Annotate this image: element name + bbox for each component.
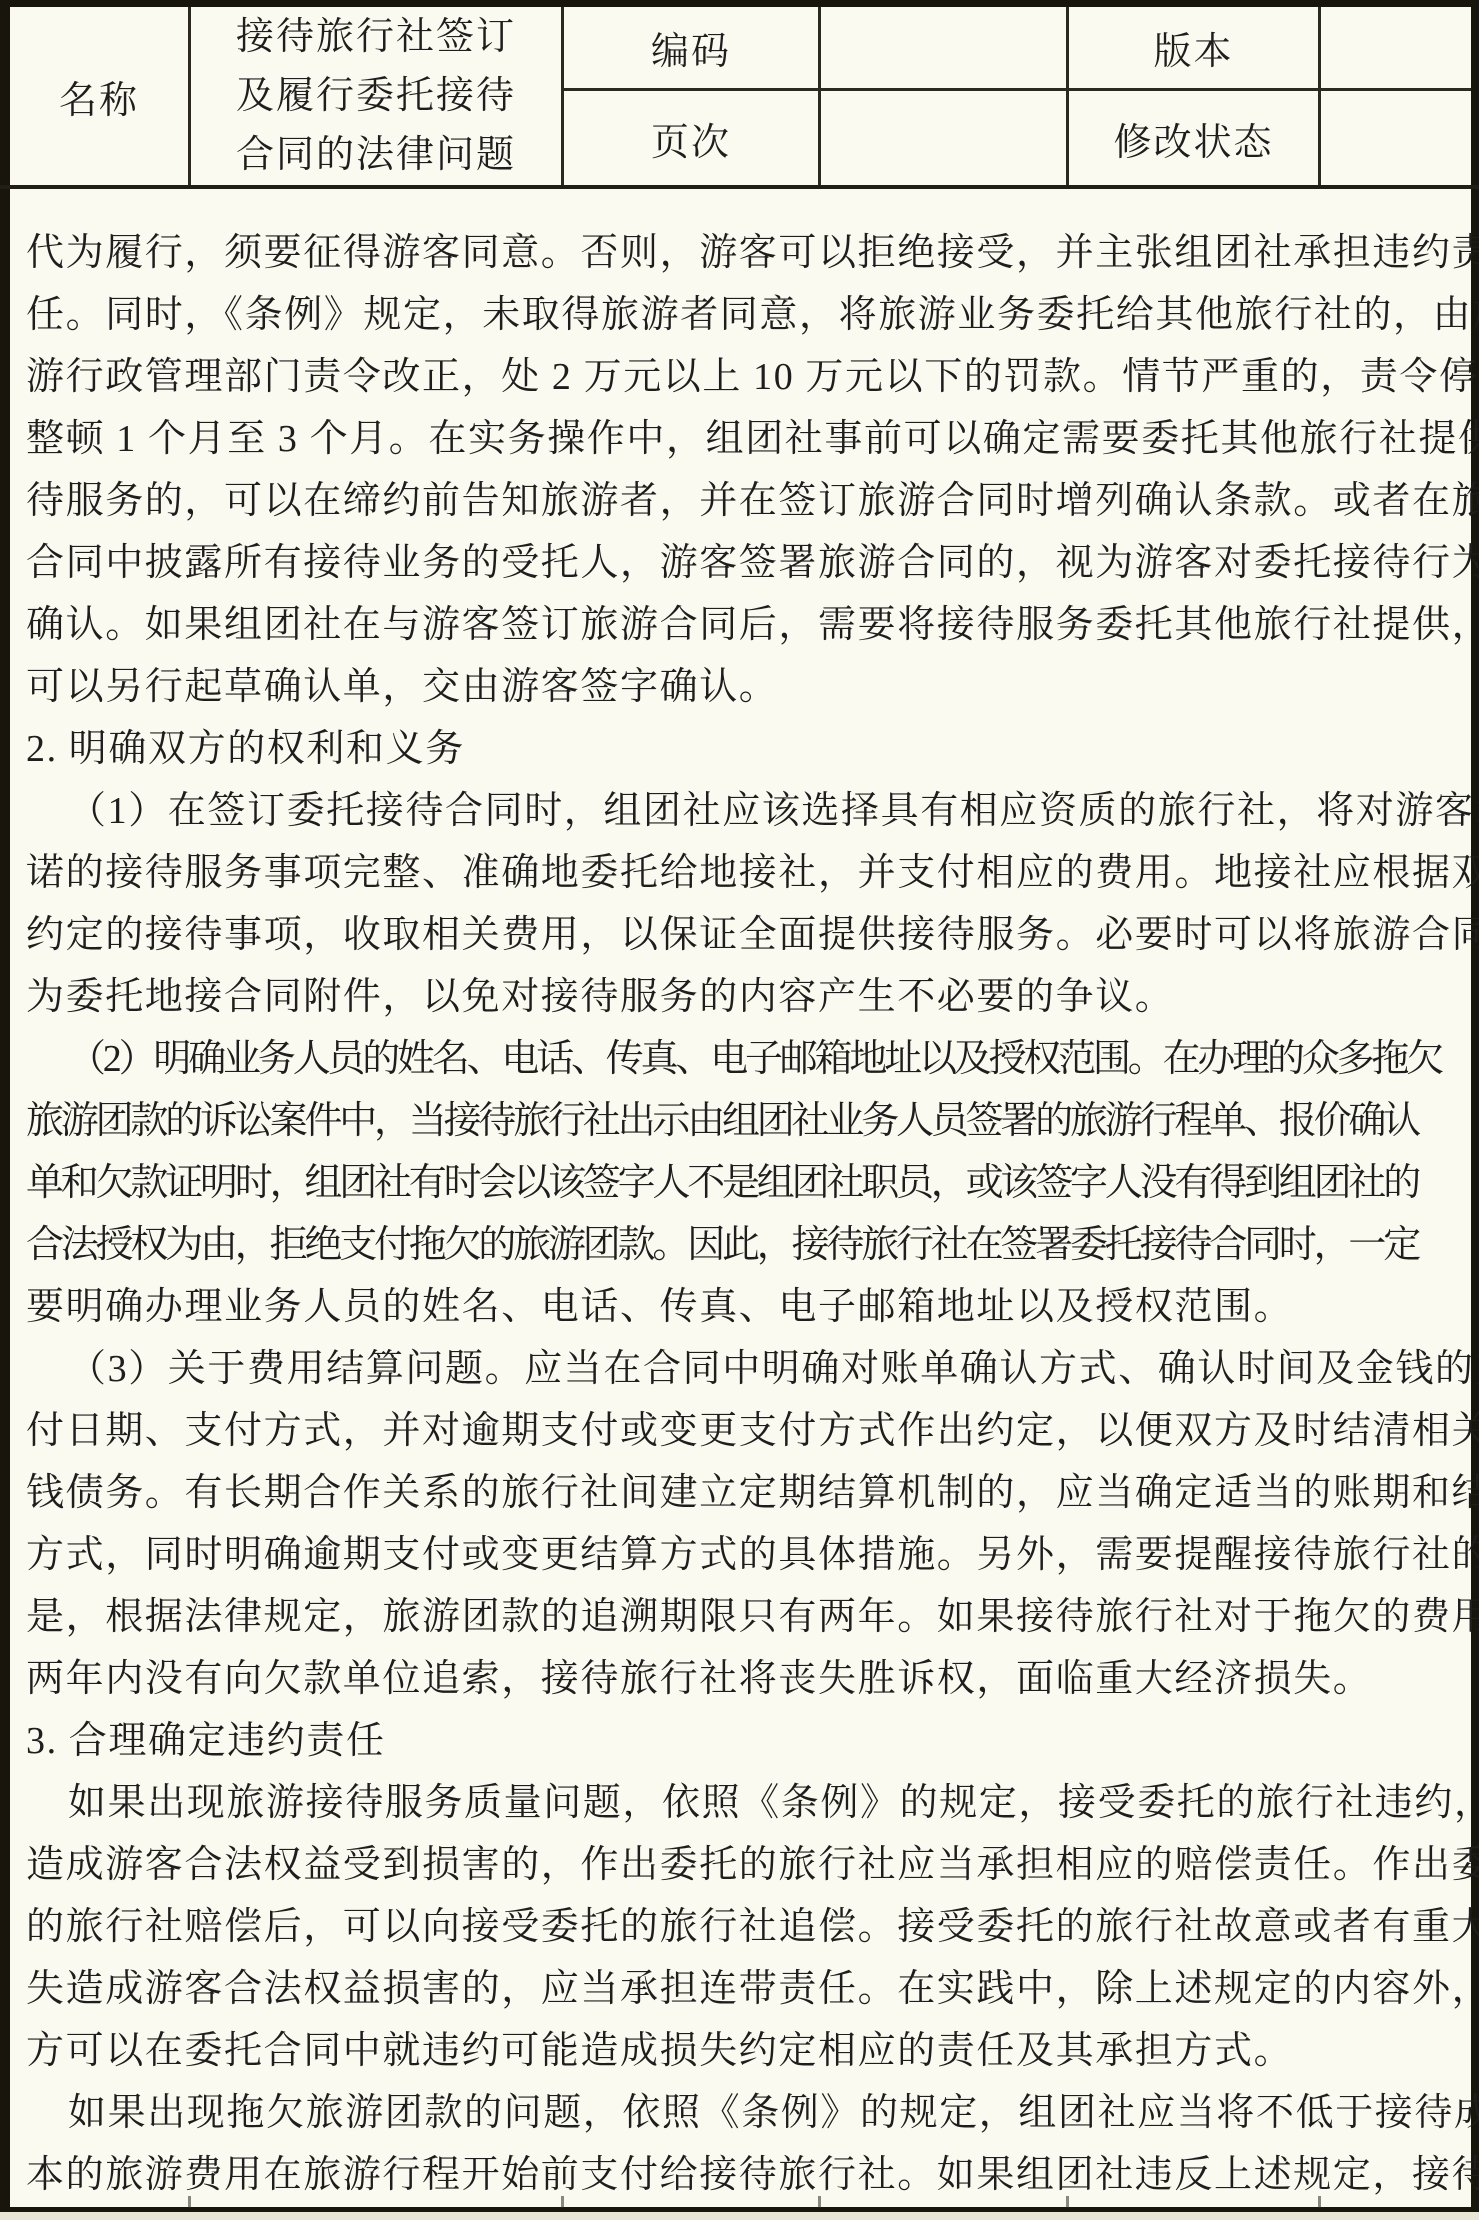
body-text-line: 付日期、支付方式，并对逾期支付或变更支付方式作出约定，以便双方及时结清相关金 <box>10 1400 1471 1462</box>
header-name-cell: 名称 <box>10 7 188 185</box>
version-label-cell: 版本 <box>1069 7 1318 88</box>
body-text-line: 任。同时，《条例》规定，未取得旅游者同意，将旅游业务委托给其他旅行社的，由旅 <box>10 284 1471 346</box>
page-bottom-edge <box>0 2212 1479 2220</box>
body-text-line: 要明确办理业务人员的姓名、电话、传真、电子邮箱地址以及授权范围。 <box>10 1276 1471 1338</box>
next-row-stub <box>188 2196 191 2208</box>
page-border-top <box>0 0 1479 7</box>
document-title-line: 合同的法律问题 <box>236 126 516 185</box>
header-bottom-border <box>0 185 1479 189</box>
body-text-line: 游行政管理部门责令改正，处 2 万元以上 10 万元以下的罚款。情节严重的，责令… <box>10 346 1471 408</box>
body-text-line: 单和欠款证明时，组团社有时会以该签字人不是组团社职员，或该签字人没有得到组团社的 <box>10 1152 1471 1214</box>
body-text-line: 待服务的，可以在缔约前告知旅游者，并在签订旅游合同时增列确认条款。或者在旅游 <box>10 470 1471 532</box>
body-text-line: 确认。如果组团社在与游客签订旅游合同后，需要将接待服务委托其他旅行社提供，则 <box>10 594 1471 656</box>
body-text-line: 失造成游客合法权益损害的，应当承担连带责任。在实践中，除上述规定的内容外，双 <box>10 1958 1471 2020</box>
body-text-line: （3）关于费用结算问题。应当在合同中明确对账单确认方式、确认时间及金钱的支 <box>10 1338 1471 1400</box>
document-page: 名称 接待旅行社签订 及履行委托接待 合同的法律问题 编码 版本 页次 修改状态… <box>0 0 1479 2220</box>
body-text-line: 为委托地接合同附件，以免对接待服务的内容产生不必要的争议。 <box>10 966 1471 1028</box>
body-text-line: 造成游客合法权益受到损害的，作出委托的旅行社应当承担相应的赔偿责任。作出委托 <box>10 1834 1471 1896</box>
revision-status-label-cell: 修改状态 <box>1069 91 1318 185</box>
page-number-label-cell: 页次 <box>564 91 818 185</box>
next-row-stub <box>1066 2196 1069 2208</box>
body-text-line: 可以另行起草确认单，交由游客签字确认。 <box>10 656 1471 718</box>
page-number-value-cell <box>821 91 1066 185</box>
next-row-stub <box>818 2196 821 2208</box>
body-text-line: 合法授权为由，拒绝支付拖欠的旅游团款。因此，接待旅行社在签署委托接待合同时，一定 <box>10 1214 1471 1276</box>
body-text-line: 诺的接待服务事项完整、准确地委托给地接社，并支付相应的费用。地接社应根据双方 <box>10 842 1471 904</box>
body-text-line: 旅游团款的诉讼案件中，当接待旅行社出示由组团社业务人员签署的旅游行程单、报价确认 <box>10 1090 1471 1152</box>
code-label-cell: 编码 <box>564 7 818 88</box>
body-text-line: 钱债务。有长期合作关系的旅行社间建立定期结算机制的，应当确定适当的账期和结算 <box>10 1462 1471 1524</box>
header-title-cell: 接待旅行社签订 及履行委托接待 合同的法律问题 <box>191 7 561 185</box>
document-title-line: 接待旅行社签订 <box>236 8 516 67</box>
body-text-line: 的旅行社赔偿后，可以向接受委托的旅行社追偿。接受委托的旅行社故意或者有重大过 <box>10 1896 1471 1958</box>
version-value-cell <box>1321 7 1471 88</box>
body-text-line: 2. 明确双方的权利和义务 <box>10 718 1471 780</box>
document-title-line: 及履行委托接待 <box>236 67 516 126</box>
revision-status-value-cell <box>1321 91 1471 185</box>
name-label: 名称 <box>59 69 139 124</box>
body-text-line: （2）明确业务人员的姓名、电话、传真、电子邮箱地址以及授权范围。在办理的众多拖欠 <box>10 1028 1471 1090</box>
next-row-stub <box>561 2196 564 2208</box>
document-body: 代为履行，须要征得游客同意。否则，游客可以拒绝接受，并主张组团社承担违约责任。同… <box>10 222 1471 2206</box>
body-text-line: 本的旅游费用在旅游行程开始前支付给接待旅行社。如果组团社违反上述规定，接待旅 <box>10 2144 1471 2206</box>
body-text-line: 方可以在委托合同中就违约可能造成损失约定相应的责任及其承担方式。 <box>10 2020 1471 2082</box>
body-text-line: （1）在签订委托接待合同时，组团社应该选择具有相应资质的旅行社，将对游客承 <box>10 780 1471 842</box>
code-value-cell <box>821 7 1066 88</box>
body-text-line: 两年内没有向欠款单位追索，接待旅行社将丧失胜诉权，面临重大经济损失。 <box>10 1648 1471 1710</box>
body-text-line: 如果出现拖欠旅游团款的问题，依照《条例》的规定，组团社应当将不低于接待成 <box>10 2082 1471 2144</box>
body-text-line: 约定的接待事项，收取相关费用，以保证全面提供接待服务。必要时可以将旅游合同作 <box>10 904 1471 966</box>
body-text-line: 如果出现旅游接待服务质量问题，依照《条例》的规定，接受委托的旅行社违约， <box>10 1772 1471 1834</box>
page-border-left <box>0 0 10 2220</box>
body-text-line: 代为履行，须要征得游客同意。否则，游客可以拒绝接受，并主张组团社承担违约责 <box>10 222 1471 284</box>
body-text-line: 方式，同时明确逾期支付或变更结算方式的具体措施。另外，需要提醒接待旅行社的 <box>10 1524 1471 1586</box>
body-text-line: 3. 合理确定违约责任 <box>10 1710 1471 1772</box>
body-text-line: 整顿 1 个月至 3 个月。在实务操作中，组团社事前可以确定需要委托其他旅行社提… <box>10 408 1471 470</box>
body-text-line: 合同中披露所有接待业务的受托人，游客签署旅游合同的，视为游客对委托接待行为的 <box>10 532 1471 594</box>
body-text-line: 是，根据法律规定，旅游团款的追溯期限只有两年。如果接待旅行社对于拖欠的费用在 <box>10 1586 1471 1648</box>
next-row-stub <box>1318 2196 1321 2208</box>
